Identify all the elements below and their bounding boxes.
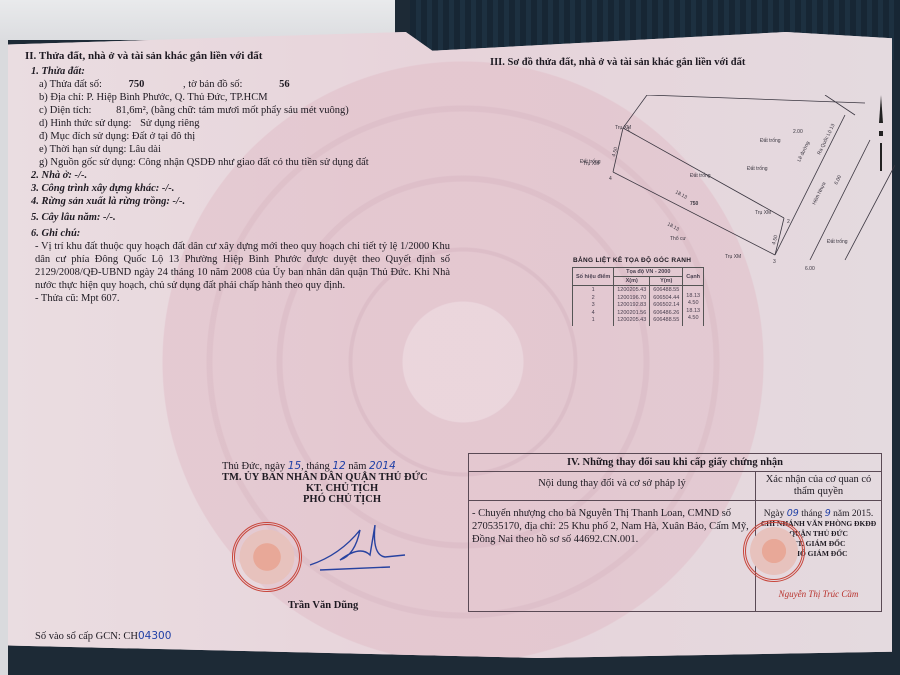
dim-right: 4.50 [771, 234, 779, 245]
label-empty-land-1: Đất trống [690, 173, 711, 179]
confirm-month-label: tháng [801, 509, 822, 519]
label-road-margin: Lề đường [796, 140, 811, 163]
role-acting-chair: KT. CHỦ TỊCH [222, 483, 462, 494]
term-row: e) Thời hạn sử dụng: Lâu dài [39, 143, 455, 156]
confirm-year: năm 2015. [833, 509, 873, 519]
label-empty-land-4: Đất trống [747, 166, 768, 172]
edge-column: 18.134.5018.134.50 [683, 286, 704, 326]
term-value: Lâu dài [129, 144, 161, 155]
forest-item: 4. Rừng sản xuất là rừng trồng: -/-. [31, 195, 455, 208]
signer-name: Trần Văn Dũng [288, 600, 358, 611]
x-column: 1200205.431200196.701200192.831200201.56… [614, 286, 650, 326]
handwritten-signature [300, 525, 410, 575]
area-row: c) Diện tích: 81,6m², (bằng chữ: tám mươ… [39, 104, 455, 117]
other-works-item: 3. Công trình xây dựng khác: -/-. [31, 182, 455, 195]
marker-2: Trụ XM [755, 210, 771, 216]
section-3-title: III. Sơ đồ thửa đất, nhà ở và tài sản kh… [490, 57, 745, 68]
dim-alley-bottom: 6.00 [805, 266, 815, 270]
dim-left: 4.50 [611, 146, 619, 157]
purpose-value: Đất ở tại đô thị [132, 131, 195, 142]
year-label: năm [348, 461, 366, 472]
background-paper [0, 0, 395, 40]
parcel-label: a) Thửa đất số: [39, 79, 102, 90]
label-empty-land-3: Đất trống [760, 138, 781, 144]
coordinate-table: Số hiệu điểm Tọa độ VN - 2000 Cạnh X(m) … [572, 267, 704, 326]
usage-form-value: Sử dụng riêng [140, 118, 199, 129]
address-label: b) Địa chỉ: [39, 92, 84, 103]
area-value: 81,6m², (bằng chữ: tám mươi mốt phẩy sáu… [116, 105, 349, 116]
label-highway: Ra Quốc Lộ 13 [816, 123, 836, 156]
parcel-diagram: Trụ XM 1 Trụ XM 4 Trụ XM 2 Trụ XM 3 750 … [575, 95, 895, 270]
role-vice-chair: PHÓ CHỦ TỊCH [222, 494, 462, 505]
map-label: , tờ bản đồ số: [183, 79, 243, 90]
north-arrow-icon [877, 95, 885, 175]
confirm-date: Ngày 09 tháng 9 năm 2015. [756, 509, 881, 519]
point-column: 12341 [573, 286, 614, 326]
issue-date: Thủ Đức, ngày 15, tháng 12 năm 2014 [222, 460, 462, 472]
confirm-day: 09 [787, 508, 799, 519]
gcn-number: 04300 [138, 630, 171, 642]
dim-top: 18.13 [674, 189, 688, 200]
col-content-header: Nội dung thay đổi và cơ sở pháp lý [469, 472, 756, 500]
term-label: e) Thời hạn sử dụng: [39, 144, 126, 155]
issue-year: 2014 [369, 460, 396, 472]
purpose-label: đ) Mục đích sử dụng: [39, 131, 129, 142]
section-4-title: IV. Những thay đổi sau khi cấp giấy chứn… [469, 454, 881, 472]
label-paved-alley: Hẻm Nhựa [811, 181, 827, 206]
label-empty-land-2: Đất trống [580, 159, 601, 165]
header-point: Số hiệu điểm [573, 268, 614, 286]
confirm-month: 9 [825, 508, 831, 519]
dim-bottom: 18.13 [666, 221, 680, 232]
confirm-signer: Nguyễn Thị Trúc Cầm [756, 589, 881, 599]
issuing-authority: TM. ỦY BAN NHÂN DÂN QUẬN THỦ ĐỨC [222, 472, 462, 483]
address-value: P. Hiệp Bình Phước, Q. Thủ Đức, TP.HCM [87, 92, 268, 103]
y-column: 606488.55606504.44606502.14606486.266064… [650, 286, 683, 326]
usage-form-row: d) Hình thức sử dụng: Sử dụng riêng [39, 117, 455, 130]
gcn-label: Số vào sổ cấp GCN: CH [35, 631, 138, 642]
label-empty-land-5: Đất trống [827, 239, 848, 245]
section-4-changes: IV. Những thay đổi sau khi cấp giấy chứn… [468, 453, 882, 612]
issuer-signature-block: Thủ Đức, ngày 15, tháng 12 năm 2014 TM. … [222, 460, 462, 505]
official-red-seal [232, 522, 302, 592]
issue-month: 12 [332, 460, 345, 472]
office-red-seal [743, 520, 805, 582]
change-entry-text: - Chuyển nhượng cho bà Nguyễn Thị Thanh … [469, 501, 756, 611]
month-label: tháng [306, 461, 329, 472]
section-4-entry: - Chuyển nhượng cho bà Nguyễn Thị Thanh … [469, 501, 881, 611]
purpose-row: đ) Mục đích sử dụng: Đất ở tại đô thị [39, 130, 455, 143]
header-y: Y(m) [650, 277, 683, 286]
point-1: 1 [627, 127, 630, 133]
coord-table-title: BẢNG LIỆT KÊ TỌA ĐỘ GÓC RANH [573, 257, 691, 264]
issue-place: Thủ Đức, ngày [222, 461, 285, 472]
point-4: 4 [609, 176, 612, 182]
address-row: b) Địa chỉ: P. Hiệp Bình Phước, Q. Thủ Đ… [39, 91, 455, 104]
section-4-headers: Nội dung thay đổi và cơ sở pháp lý Xác n… [469, 472, 881, 501]
marker-3: Trụ XM [725, 254, 741, 260]
origin-value: Công nhận QSDĐ như giao đất có thu tiền … [138, 157, 368, 168]
gcn-register-number: Số vào sổ cấp GCN: CH04300 [35, 630, 171, 642]
header-edge: Cạnh [683, 268, 704, 286]
area-label: c) Diện tích: [39, 105, 91, 116]
note-2: - Thửa cũ: Mpt 607. [35, 292, 450, 305]
header-system: Tọa độ VN - 2000 [614, 268, 683, 277]
origin-label: g) Nguồn gốc sử dụng: [39, 157, 136, 168]
issue-day: 15 [288, 460, 301, 472]
parcel-number: 750 [129, 79, 145, 90]
label-residential: Thổ cư [670, 235, 687, 242]
col-confirm-header: Xác nhận của cơ quan có thẩm quyền [756, 472, 881, 500]
date-prefix: Ngày [764, 509, 785, 519]
note-1: - Vị trí khu đất thuộc quy hoạch đất dân… [35, 240, 450, 292]
parcel-row: a) Thửa đất số: 750 , tờ bản đồ số: 56 [39, 78, 455, 91]
house-item: 2. Nhà ở: -/-. [31, 169, 455, 182]
notes-heading: 6. Ghi chú: [31, 227, 455, 240]
perennial-item: 5. Cây lâu năm: -/-. [31, 211, 455, 224]
dim-road-margin: 2.00 [793, 129, 803, 135]
usage-form-label: d) Hình thức sử dụng: [39, 118, 131, 129]
origin-row: g) Nguồn gốc sử dụng: Công nhận QSDĐ như… [39, 156, 455, 169]
section-2-title: II. Thửa đất, nhà ở và tài sản khác gắn … [25, 50, 455, 63]
map-number: 56 [279, 79, 290, 90]
section-2-land-info: II. Thửa đất, nhà ở và tài sản khác gắn … [25, 50, 455, 305]
side-paper-strip: 8492421589 [0, 40, 8, 675]
point-2: 2 [787, 219, 790, 225]
header-x: X(m) [614, 277, 650, 286]
point-3: 3 [773, 259, 776, 265]
dim-alley: 6.00 [833, 174, 843, 186]
table-row: 12341 1200205.431200196.701200192.831200… [573, 286, 704, 326]
parcel-label: 750 [690, 201, 699, 207]
land-heading: 1. Thửa đất: [31, 65, 455, 78]
